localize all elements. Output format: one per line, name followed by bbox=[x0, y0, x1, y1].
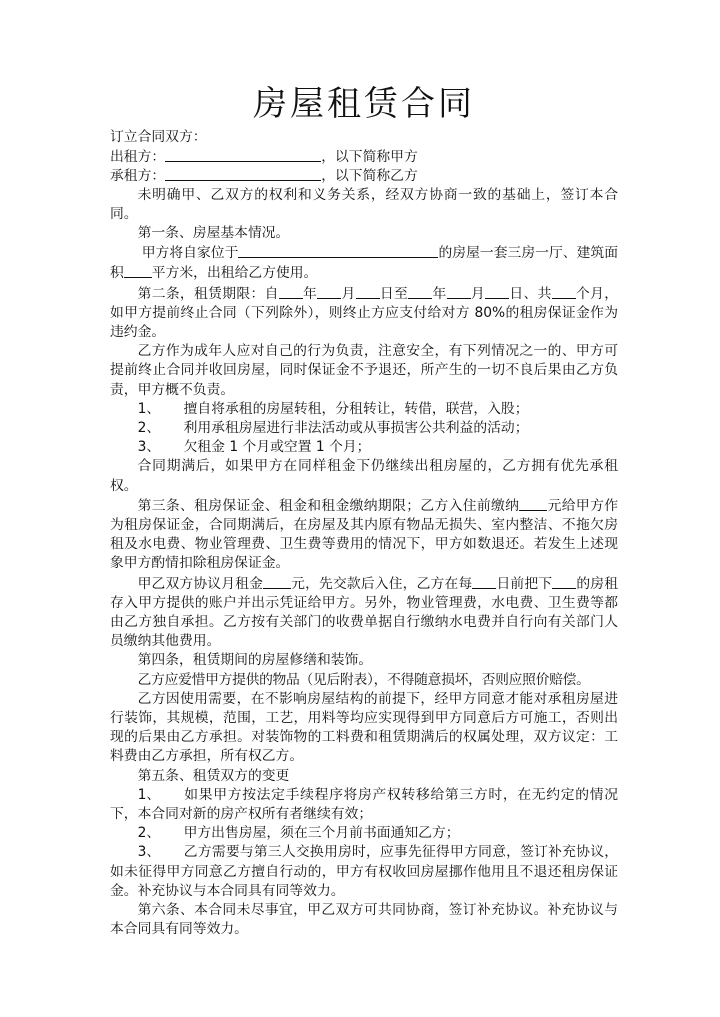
end-day-blank[interactable] bbox=[485, 284, 509, 299]
article4-p1: 乙方应爱惜甲方提供的物品（见后附表），不得随意损坏，否则应照价赔偿。 bbox=[110, 671, 618, 690]
article5-item: 3、乙方需要与第三人交换用房时，应事先征得甲方同意，签订补充协议，如未征得甲方同… bbox=[110, 843, 618, 901]
document-body: 订立合同双方： 出租方：，以下简称甲方 承租方：，以下简称乙方 未明确甲、乙双方… bbox=[110, 128, 618, 939]
lessee-label: 承租方： bbox=[110, 168, 165, 184]
article1-text: 甲方将自家位于的房屋一套三房一厅、建筑面积平方米，出租给乙方使用。 bbox=[110, 243, 618, 283]
article3-deposit: 第三条、租房保证金、租金和租金缴纳期限；乙方入住前缴纳元给甲方作为租房保证金，合… bbox=[110, 496, 618, 574]
termination-item: 3、欠租金 1 个月或空置 1 个月； bbox=[110, 438, 618, 457]
pay-day-blank[interactable] bbox=[472, 574, 496, 589]
lessee-blank[interactable] bbox=[165, 166, 321, 181]
preamble: 未明确甲、乙双方的权利和义务关系，经双方协商一致的基础上，签订本合同。 bbox=[110, 186, 618, 224]
priority-clause: 合同期满后，如果甲方在同样租金下仍继续出租房屋的，乙方拥有优先承租权。 bbox=[110, 457, 618, 495]
start-year-blank[interactable] bbox=[279, 284, 303, 299]
article6: 第六条、本合同未尽事宜，甲乙双方可共同协商，签订补充协议。补充协议与本合同具有同… bbox=[110, 901, 618, 939]
article5-item: 2、甲方出售房屋，须在三个月前书面通知乙方； bbox=[110, 824, 618, 843]
termination-item: 2、利用承租房屋进行非法活动或从事损害公共利益的活动； bbox=[110, 419, 618, 438]
article1-heading: 第一条、房屋基本情况。 bbox=[110, 224, 618, 243]
deposit-blank[interactable] bbox=[519, 496, 547, 511]
article5-item: 1、如果甲方按法定手续程序将房产权转移给第三方时，在无约定的情况下，本合同对新的… bbox=[110, 786, 618, 824]
termination-item: 1、擅自将承租的房屋转租，分租转让，转借，联营，入股； bbox=[110, 400, 618, 419]
end-year-blank[interactable] bbox=[408, 284, 432, 299]
intro: 订立合同双方： bbox=[110, 128, 618, 147]
address-blank[interactable] bbox=[238, 243, 438, 258]
article3-rent: 甲乙双方协议月租金元，先交款后入住，乙方在每日前把下的房租存入甲方提供的账户并出… bbox=[110, 574, 618, 652]
document-title: 房屋租赁合同 bbox=[110, 84, 618, 124]
lessor-suffix: ，以下简称甲方 bbox=[321, 149, 418, 165]
start-day-blank[interactable] bbox=[356, 284, 380, 299]
months-blank[interactable] bbox=[552, 284, 576, 299]
lessor-line: 出租方：，以下简称甲方 bbox=[110, 147, 618, 166]
rent-blank[interactable] bbox=[263, 574, 291, 589]
article2: 第二条，租赁期限：自年月日至年月日、共个月，如甲方提前终止合同（下列除外），则终… bbox=[110, 284, 618, 343]
lessor-label: 出租方： bbox=[110, 149, 165, 165]
lessor-blank[interactable] bbox=[165, 147, 321, 162]
lessee-suffix: ，以下简称乙方 bbox=[321, 168, 418, 184]
end-month-blank[interactable] bbox=[447, 284, 471, 299]
article4-p2: 乙方因使用需要，在不影响房屋结构的前提下，经甲方同意才能对承租房屋进行装饰，其规… bbox=[110, 690, 618, 767]
responsibility-text: 乙方作为成年人应对自己的行为负责，注意安全，有下列情况之一的、甲方可提前终止合同… bbox=[110, 342, 618, 400]
start-month-blank[interactable] bbox=[317, 284, 341, 299]
area-blank[interactable] bbox=[124, 263, 152, 278]
lessee-line: 承租方：，以下简称乙方 bbox=[110, 166, 618, 185]
article4-heading: 第四条，租赁期间的房屋修缮和装饰。 bbox=[110, 651, 618, 670]
article5-heading: 第五条、租赁双方的变更 bbox=[110, 767, 618, 786]
period-blank[interactable] bbox=[552, 574, 576, 589]
